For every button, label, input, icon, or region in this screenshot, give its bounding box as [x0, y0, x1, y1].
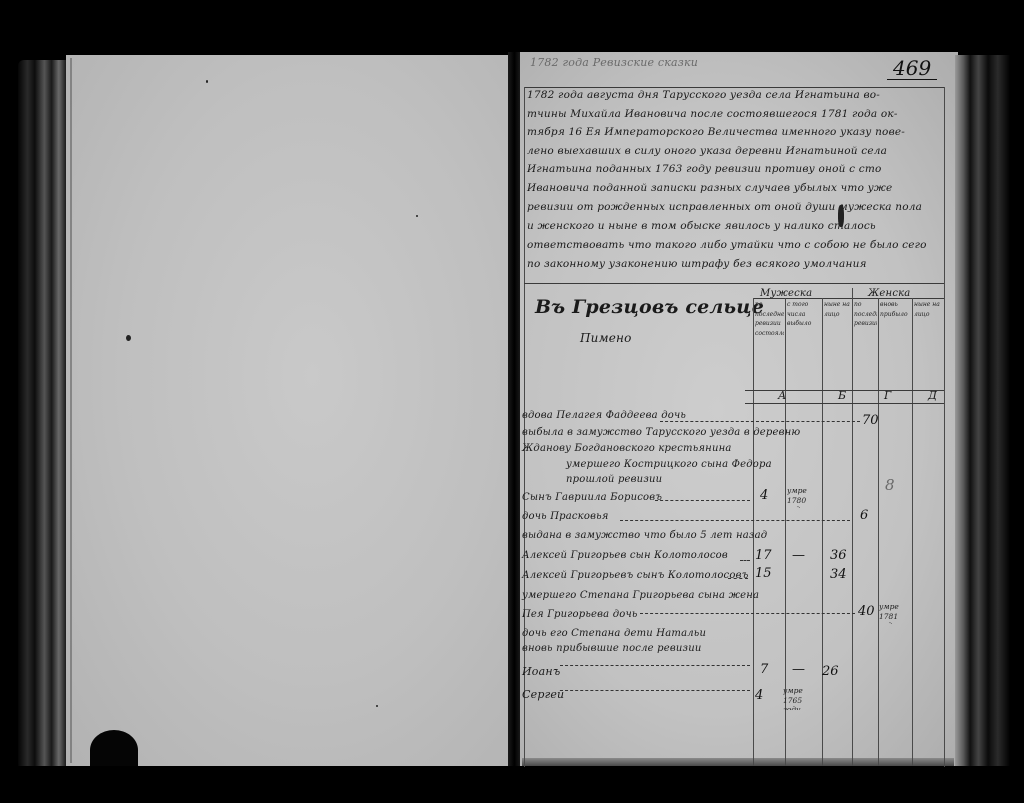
col-header: вновь прибыло	[880, 300, 911, 380]
cell-value: 15	[755, 566, 772, 581]
ink-speck	[376, 705, 378, 707]
ink-speck	[126, 335, 131, 341]
table-col-rule	[878, 298, 879, 766]
col-header: с того числа выбыло	[787, 300, 821, 380]
col-letter: А	[778, 389, 787, 402]
table-row-name: Пея Григорьева дочь	[522, 609, 638, 620]
cell-value: 17	[755, 548, 772, 563]
table-row-name: Иоанъ	[522, 665, 560, 678]
row-leader	[560, 690, 750, 692]
narrative-top-rule	[524, 87, 944, 88]
narrative-line: Игнатьина поданных 1763 году ревизии про…	[527, 163, 882, 175]
section-subheading: Пимено	[580, 331, 632, 345]
left-cover-edge	[18, 60, 66, 770]
cell-value: 8	[885, 476, 895, 494]
cell-note: умре 1780 году	[787, 486, 821, 508]
cell-value: 26	[822, 664, 839, 679]
cell-value: 4	[760, 488, 768, 503]
ink-speck	[206, 80, 208, 83]
row-leader	[655, 500, 750, 502]
col-letter: Д	[928, 389, 937, 402]
ink-speck	[416, 215, 418, 217]
col-letter: Г	[884, 389, 891, 402]
col-header: ныне на лицо	[914, 300, 943, 380]
table-row-name: Сынъ Гавриила Борисовъ	[522, 492, 662, 503]
table-row-name: выдана в замужство что было 5 лет назад	[522, 530, 767, 541]
cell-value: —	[792, 548, 805, 563]
row-leader	[620, 520, 850, 522]
narrative-line: ревизии от рожденных исправленных от оно…	[527, 201, 922, 213]
table-row-name: умершего Кострицкого сына Федора	[566, 459, 772, 470]
col-header: по последней ревизии состояло	[755, 300, 784, 380]
table-row-name: умершего Степана Григорьева сына жена	[522, 590, 759, 601]
narrative-line: тября 16 Ея Императорского Величества им…	[527, 126, 905, 138]
table-row-name: прошлой ревизии	[566, 474, 662, 485]
table-row-name: дочь Прасковья	[522, 511, 609, 522]
cell-value: —	[792, 662, 805, 677]
left-page-blank	[66, 55, 514, 767]
narrative-bottom-rule	[524, 283, 944, 284]
row-leader	[560, 665, 750, 667]
cell-value: 6	[860, 508, 868, 523]
col-header: ныне на лицо	[824, 300, 851, 380]
cell-value: 34	[830, 567, 847, 582]
table-row-name: вновь прибывшие после ревизии	[522, 643, 701, 654]
section-heading: Въ Грезцовъ сельце	[535, 296, 764, 318]
left-page-margin-rule	[70, 58, 72, 763]
cell-value: 36	[830, 548, 847, 563]
right-page-outer-rule	[944, 87, 945, 767]
cell-value: 7	[760, 662, 768, 677]
table-row-name: Алексей Григорьев сын Колотолосов	[522, 550, 728, 561]
row-leader	[640, 613, 855, 615]
cell-value: 70	[862, 413, 879, 428]
table-row-name: Сергей	[522, 688, 564, 701]
table-row-name: дочь его Степана дети Натальи	[522, 628, 706, 639]
table-col-rule	[822, 298, 823, 766]
cell-value: 40	[858, 604, 875, 619]
cell-value: 4	[755, 688, 763, 703]
row-leader	[728, 578, 748, 580]
narrative-line: тчины Михайла Ивановича после состоявшег…	[527, 108, 898, 120]
row-leader	[660, 421, 860, 423]
narrative-line: 1782 года августа дня Тарусского уезда с…	[527, 89, 880, 101]
scan-bottom-shadow	[0, 766, 1024, 803]
table-row-name: выбыла в замужство Тарусского уезда в де…	[522, 427, 800, 438]
narrative-line: и женского и ныне в том обыске явилось у…	[527, 220, 876, 232]
page-number-underline	[887, 79, 937, 80]
narrative-line: по законному узаконению штрафу без всяко…	[527, 258, 867, 270]
right-binding-edge	[955, 55, 1024, 803]
scanner-finger-shadow	[90, 730, 138, 770]
narrative-line: Ивановича поданной записки разных случае…	[527, 182, 892, 194]
group-header-male: Мужеска	[760, 288, 812, 299]
cell-note: умре 1765 году	[783, 686, 819, 710]
col-header: по последней ревизии	[854, 300, 877, 380]
row-leader	[740, 560, 750, 562]
narrative-line: лено выехавших в силу оного указа деревн…	[527, 145, 887, 157]
table-col-rule	[852, 288, 853, 766]
faded-header: 1782 года Ревизские сказки	[530, 56, 698, 69]
table-body-top-rule	[745, 403, 944, 404]
table-row-name: Жданову Богдановского крестьянина	[522, 443, 732, 454]
ink-blot	[838, 205, 844, 227]
table-row-name: Алексей Григорьевъ сынъ Колотолосовъ	[522, 570, 748, 581]
table-col-rule	[912, 298, 913, 766]
col-letter: Б	[838, 389, 846, 402]
table-row-name: вдова Пелагея Фаддеева дочь	[522, 410, 686, 421]
group-header-female: Женска	[868, 288, 910, 299]
page-number: 469	[893, 56, 931, 80]
narrative-line: ответствовать что такого либо утайки что…	[527, 239, 927, 251]
cell-note: умре 1781 году	[879, 602, 913, 624]
